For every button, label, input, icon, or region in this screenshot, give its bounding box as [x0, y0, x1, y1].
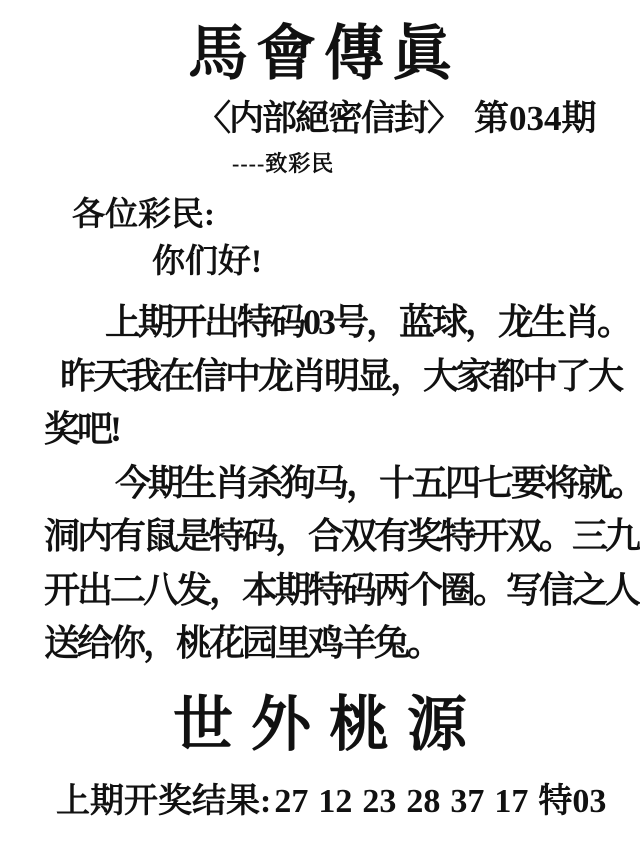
- result-number-1: 27: [274, 783, 308, 820]
- confidential-envelope-label: 〈内部絕密信封〉: [196, 99, 460, 138]
- result-number-6: 17: [494, 783, 528, 820]
- body-line-5: 洞内有鼠是特码，合双有奖特开双。三九: [44, 510, 619, 564]
- letter-title: 馬會傳眞: [0, 24, 640, 84]
- result-number-5: 37: [450, 783, 484, 820]
- body-line-7: 送给你，桃花园里鸡羊兔。: [44, 617, 619, 671]
- salutation: 各位彩民:: [72, 199, 215, 232]
- previous-draw-results: 上期开奖结果:271223283717特03: [56, 785, 606, 819]
- slogan-title: 世外桃源: [0, 695, 640, 755]
- subtitle-line: 〈内部絕密信封〉第034期: [196, 101, 597, 136]
- result-number-3: 23: [362, 783, 396, 820]
- dedication-line: ----致彩民: [232, 153, 334, 175]
- body-line-4: 今期生肖杀狗马，十五四七要将就。: [44, 457, 619, 511]
- issue-number: 第034期: [474, 99, 597, 138]
- greeting: 你们好!: [152, 246, 262, 279]
- results-label: 上期开奖结果:: [56, 783, 271, 820]
- body-line-2: 昨天我在信中龙肖明显，大家都中了大: [60, 350, 619, 404]
- body-line-6: 开出二八发，本期特码两个圈。写信之人: [44, 564, 619, 618]
- body-line-1: 上期开出特码03号，蓝球，龙生肖。: [44, 296, 619, 350]
- fax-letter-page: 馬會傳眞 〈内部絕密信封〉第034期 ----致彩民 各位彩民: 你们好! 上期…: [0, 0, 640, 843]
- result-number-4: 28: [406, 783, 440, 820]
- result-number-2: 12: [318, 783, 352, 820]
- letter-body: 上期开出特码03号，蓝球，龙生肖。 昨天我在信中龙肖明显，大家都中了大 奖吧! …: [44, 296, 619, 671]
- body-line-3: 奖吧!: [44, 403, 619, 457]
- special-number: 特03: [538, 783, 606, 820]
